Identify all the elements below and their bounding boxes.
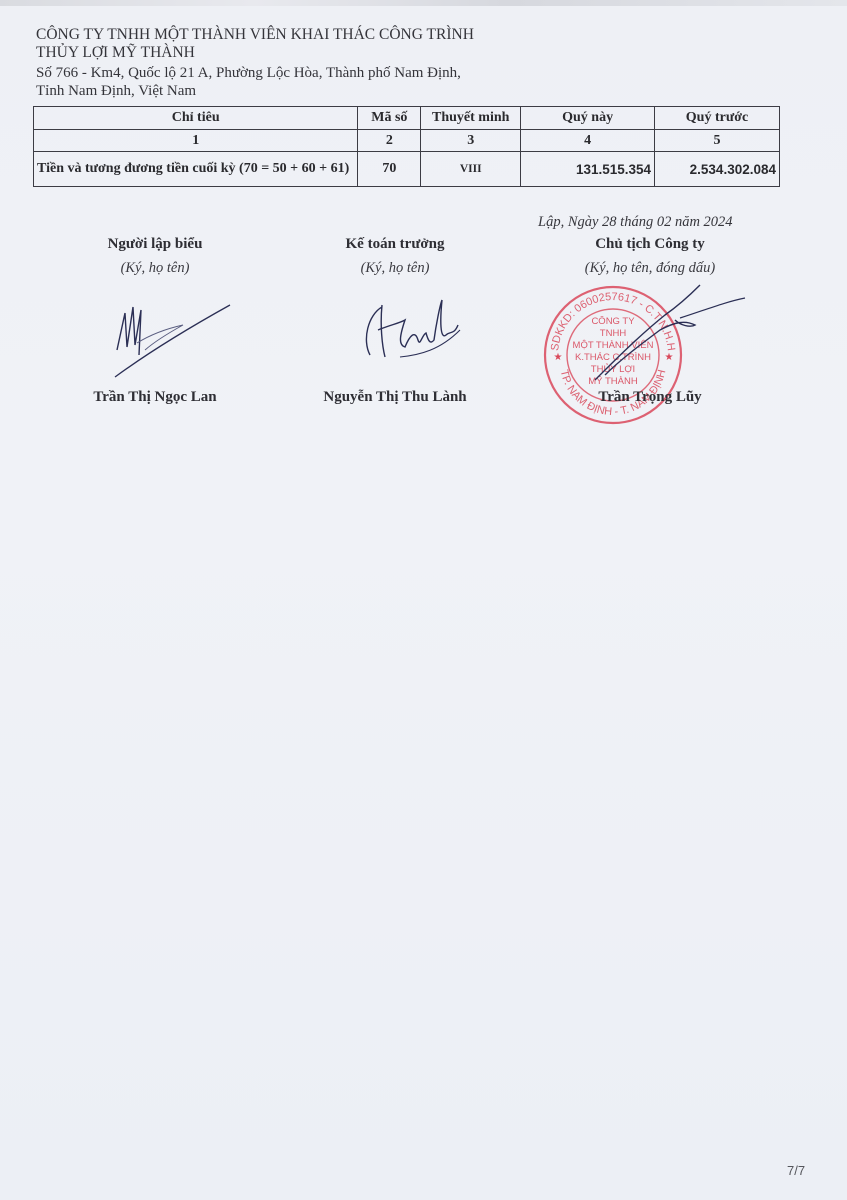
row-current-quarter: 131.515.354 — [521, 152, 655, 187]
preparer-name: Trần Thị Ngọc Lan — [60, 389, 250, 406]
col-header-code: Mã số — [358, 107, 421, 130]
chief-accountant-name: Nguyễn Thị Thu Lành — [300, 389, 490, 406]
chairman-note: (Ký, họ tên, đóng dấu) — [555, 260, 745, 277]
chairman-signature — [585, 280, 755, 390]
col-number: 1 — [34, 130, 358, 152]
preparer-signature — [105, 295, 245, 385]
row-label: Tiền và tương đương tiền cuối kỳ (70 = 5… — [34, 152, 358, 187]
chairman-name: Trần Trọng Lũy — [555, 389, 745, 406]
preparer-title: Người lập biểu — [60, 236, 250, 253]
row-code: 70 — [358, 152, 421, 187]
svg-text:★: ★ — [554, 352, 563, 363]
row-previous-quarter: 2.534.302.084 — [655, 152, 780, 187]
company-name-line2: THỦY LỢI MỸ THÀNH — [36, 44, 474, 62]
chief-accountant-signature — [360, 295, 470, 370]
chief-accountant-title: Kế toán trưởng — [300, 236, 490, 253]
cash-flow-table: Chỉ tiêu Mã số Thuyết minh Quý này Quý t… — [33, 106, 780, 187]
table-row: Tiền và tương đương tiền cuối kỳ (70 = 5… — [34, 152, 780, 187]
document-page: CÔNG TY TNHH MỘT THÀNH VIÊN KHAI THÁC CÔ… — [0, 0, 847, 1200]
col-header-current-quarter: Quý này — [521, 107, 655, 130]
scan-edge — [0, 0, 847, 6]
report-date: Lập, Ngày 28 tháng 02 năm 2024 — [538, 214, 733, 231]
company-name-line1: CÔNG TY TNHH MỘT THÀNH VIÊN KHAI THÁC CÔ… — [36, 26, 474, 44]
page-number: 7/7 — [787, 1163, 805, 1178]
col-header-previous-quarter: Quý trước — [655, 107, 780, 130]
chief-accountant-note: (Ký, họ tên) — [300, 260, 490, 277]
col-number: 5 — [655, 130, 780, 152]
table-header-row: Chỉ tiêu Mã số Thuyết minh Quý này Quý t… — [34, 107, 780, 130]
row-note: VIII — [421, 152, 521, 187]
col-number: 4 — [521, 130, 655, 152]
col-header-indicator: Chỉ tiêu — [34, 107, 358, 130]
column-number-row: 1 2 3 4 5 — [34, 130, 780, 152]
preparer-note: (Ký, họ tên) — [60, 260, 250, 277]
col-number: 2 — [358, 130, 421, 152]
col-number: 3 — [421, 130, 521, 152]
col-header-note: Thuyết minh — [421, 107, 521, 130]
company-header: CÔNG TY TNHH MỘT THÀNH VIÊN KHAI THÁC CÔ… — [36, 26, 474, 100]
company-address-line1: Số 766 - Km4, Quốc lộ 21 A, Phường Lộc H… — [36, 64, 474, 82]
chairman-title: Chủ tịch Công ty — [555, 236, 745, 253]
company-address-line2: Tỉnh Nam Định, Việt Nam — [36, 82, 474, 100]
